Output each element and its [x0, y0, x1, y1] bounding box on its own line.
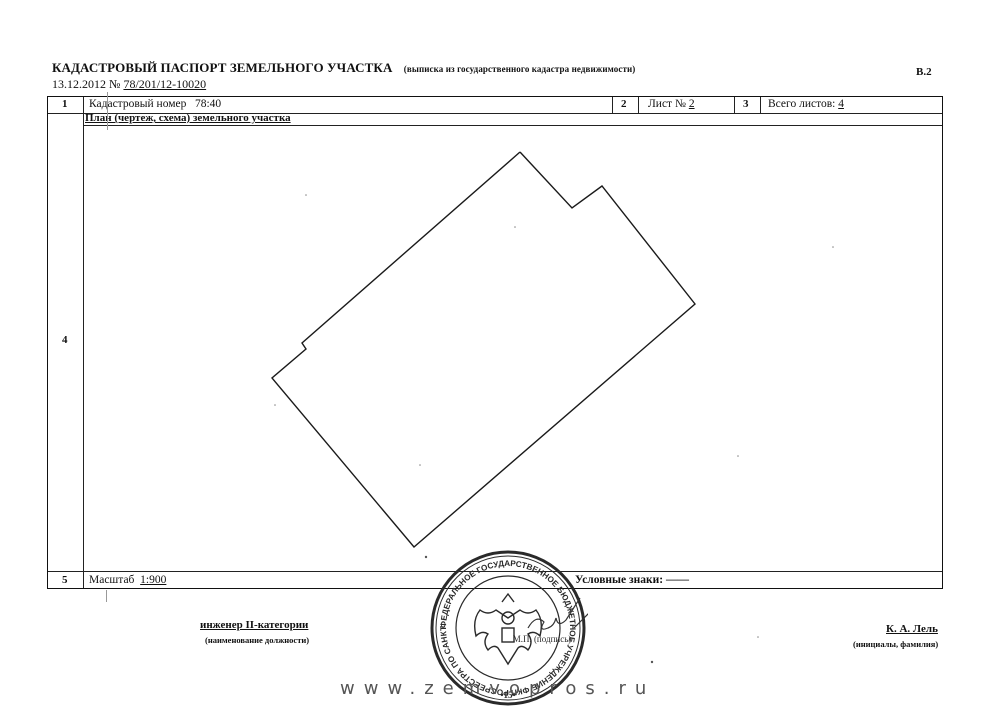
- site-watermark: www.zemvopros.ru: [340, 678, 655, 699]
- stamp-label: М.П. (подпись): [513, 634, 572, 644]
- scan-artifact: [106, 590, 107, 602]
- signatory-name: К. А. Лель: [886, 623, 938, 635]
- parcel-boundary: [272, 152, 695, 547]
- position-caption: (наименование должности): [205, 635, 309, 645]
- scan-artifact: [107, 92, 108, 130]
- eagle-emblem-icon: [475, 594, 542, 664]
- position-title: инженер II-категории: [200, 619, 308, 631]
- signatory-caption: (инициалы, фамилия): [853, 639, 938, 649]
